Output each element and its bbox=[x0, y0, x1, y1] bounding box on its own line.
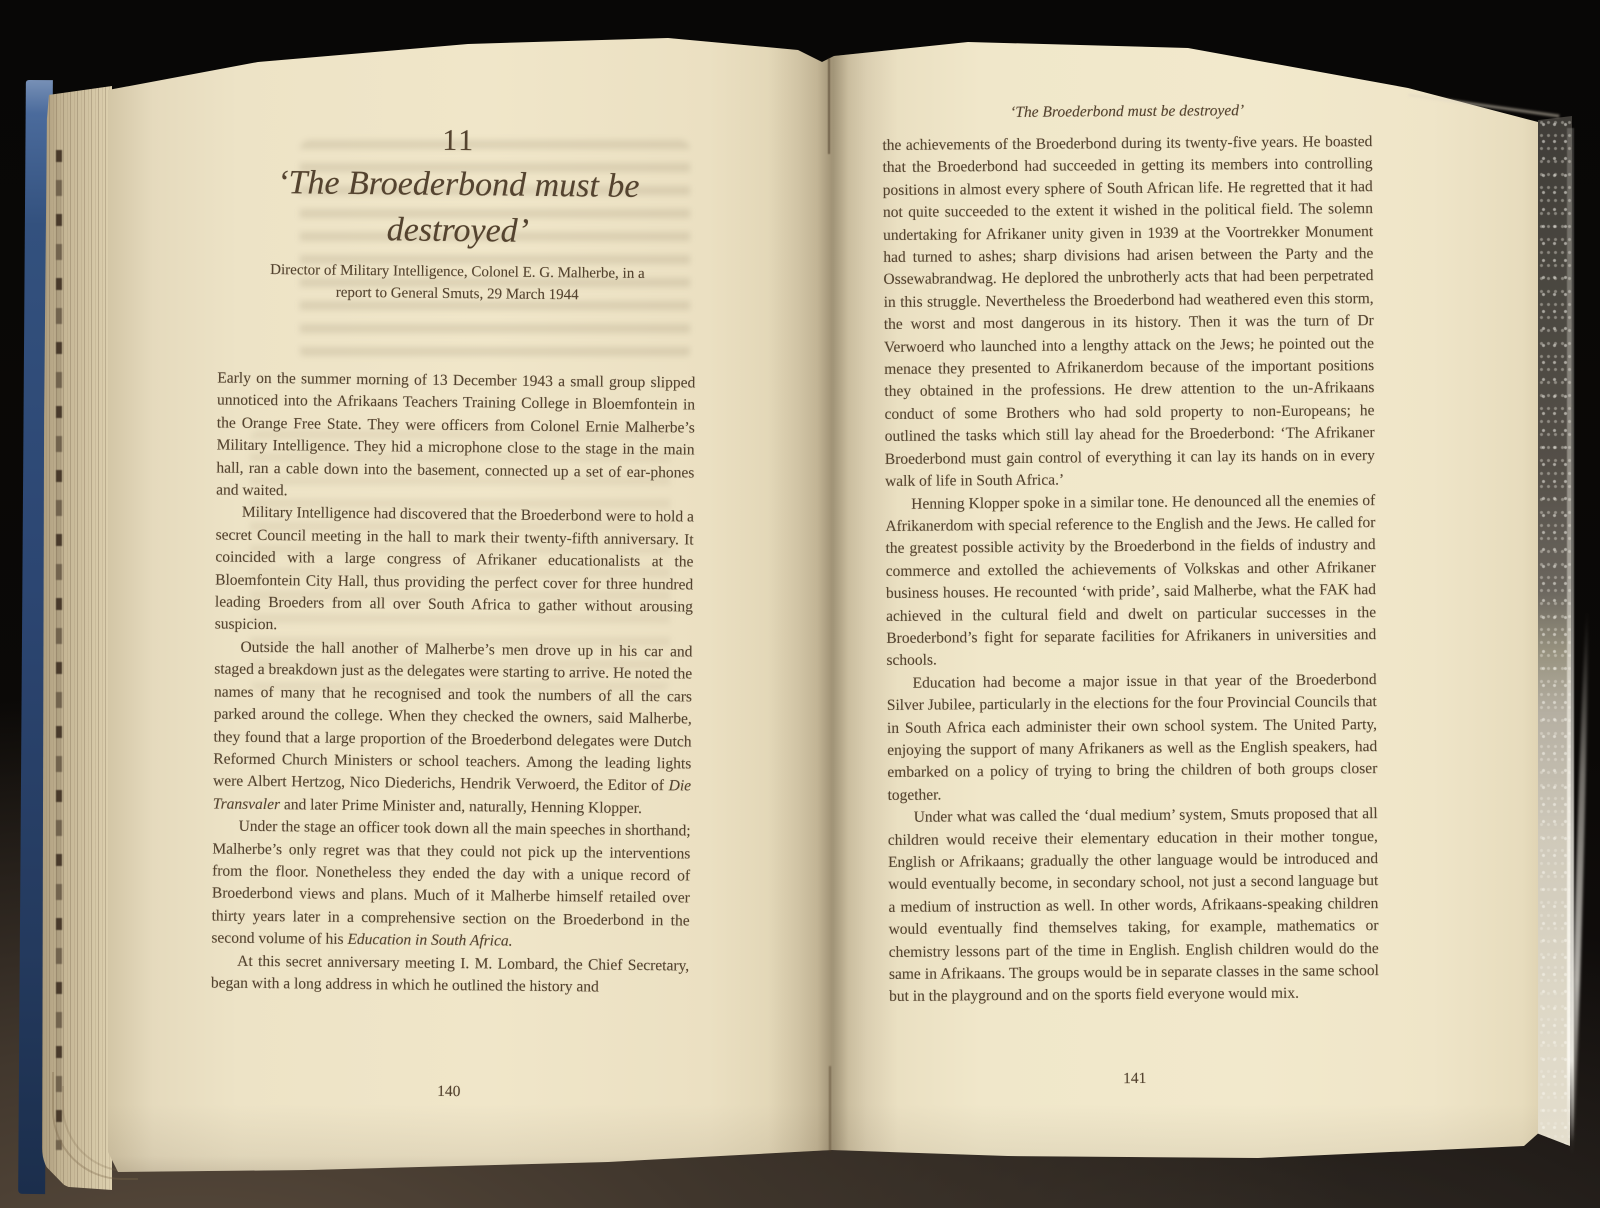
page-edge-print-marks bbox=[56, 150, 62, 1150]
chapter-title: ‘The Broederbond must be destroyed’ bbox=[219, 160, 698, 257]
chapter-title-line: destroyed’ bbox=[219, 206, 697, 257]
text-run: Under what was called the ‘dual medium’ … bbox=[888, 805, 1379, 1005]
text-run: Education had become a major issue in th… bbox=[887, 671, 1378, 804]
text-run: Early on the summer morning of 13 Decemb… bbox=[216, 370, 695, 500]
gutter-fold-line bbox=[829, 1066, 831, 1152]
chapter-number: 11 bbox=[220, 122, 698, 161]
paragraph: the achievements of the Broederbond duri… bbox=[882, 131, 1375, 493]
text-run: the achievements of the Broederbond duri… bbox=[882, 133, 1375, 490]
right-page: ‘The Broederbond must be destroyed’ the … bbox=[881, 0, 1380, 1208]
page-edge-stack bbox=[42, 86, 112, 1190]
left-page-body: Early on the summer morning of 13 Decemb… bbox=[211, 368, 696, 1000]
text-run: Military Intelligence had discovered tha… bbox=[215, 504, 694, 633]
paragraph: Under the stage an officer took down all… bbox=[211, 816, 690, 955]
chapter-title-line: ‘The Broederbond must be bbox=[219, 160, 697, 211]
gutter-fold-line bbox=[828, 58, 830, 154]
text-run: At this secret anniversary meeting I. M.… bbox=[211, 952, 689, 995]
text-run: and later Prime Minister and, naturally,… bbox=[280, 796, 642, 817]
text-run: Under the stage an officer took down all… bbox=[211, 818, 690, 948]
page-number: 141 bbox=[890, 1068, 1380, 1090]
text-run: Henning Klopper spoke in a similar tone.… bbox=[885, 492, 1376, 670]
paragraph: Education had become a major issue in th… bbox=[887, 669, 1378, 807]
left-page: 11 ‘The Broederbond must be destroyed’ D… bbox=[209, 0, 700, 1208]
paragraph: Outside the hall another of Malherbe’s m… bbox=[213, 636, 693, 820]
gutter-shadow bbox=[768, 32, 898, 1194]
paragraph: Early on the summer morning of 13 Decemb… bbox=[216, 368, 695, 507]
chapter-attribution: Director of Military Intelligence, Colon… bbox=[218, 260, 696, 308]
paragraph: Military Intelligence had discovered tha… bbox=[215, 502, 694, 641]
right-page-body: the achievements of the Broederbond duri… bbox=[882, 131, 1379, 1009]
text-run: Outside the hall another of Malherbe’s m… bbox=[213, 639, 693, 795]
paragraph: Under what was called the ‘dual medium’ … bbox=[888, 803, 1380, 1008]
italic-text-run: Education in South Africa. bbox=[347, 931, 512, 950]
page-number: 140 bbox=[210, 1080, 688, 1103]
paragraph: At this secret anniversary meeting I. M.… bbox=[211, 950, 689, 1000]
paragraph: Henning Klopper spoke in a similar tone.… bbox=[885, 490, 1376, 673]
running-header: ‘The Broederbond must be destroyed’ bbox=[882, 101, 1372, 123]
